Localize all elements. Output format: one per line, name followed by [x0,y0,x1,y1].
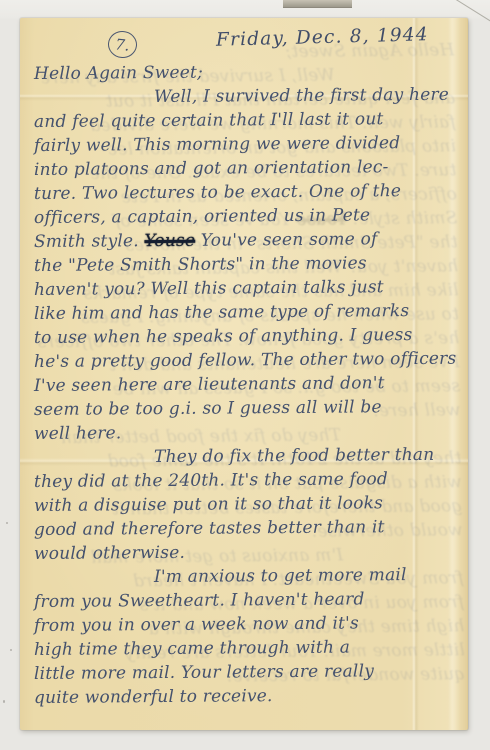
letter-line: well here. [34,419,464,446]
line-text: well here. [34,423,122,444]
line-text: I'm anxious to get more mail [154,565,407,587]
line-text: Smith style. [34,231,145,252]
letter-line: officers, a captain, oriented us in Pete [34,203,464,230]
letter-line: quite wonderful to receive. [34,683,464,710]
line-text: into platoons and got an orientation lec… [34,157,389,180]
letter-line: the "Pete Smith Shorts" in the movies [34,251,464,278]
letter-line: I've seen here are lieutenants and don't [34,371,464,398]
letter-line: they did at the 240th. It's the same foo… [34,467,464,494]
line-text: would otherwise. [34,543,185,564]
letter-line: to use when he speaks of anything. I gue… [34,323,464,350]
line-text: the "Pete Smith Shorts" in the movies [34,253,367,276]
letter-line: and feel quite certain that I'll last it… [34,107,464,134]
scan-stage: Hello Again Sweet;Well, I survived the f… [0,0,490,750]
line-text: You've seen some of [195,229,377,250]
line-text: quite wonderful to receive. [34,686,273,708]
letter-page: Hello Again Sweet;Well, I survived the f… [20,18,468,730]
dust-speck [10,649,12,651]
page-number-circled: 7. [107,30,139,60]
letter-line: into platoons and got an orientation lec… [34,155,464,182]
line-text: and feel quite certain that I'll last it… [34,109,384,132]
line-text: like him and has the same type of remark… [34,301,409,324]
letter-line: would otherwise. [34,539,464,566]
scan-background: { "colors": { "paper": "#ebdaa9", "ink":… [0,0,490,750]
line-text: good and therefore tastes better than it [34,517,385,540]
letter-line: ture. Two lectures to be exact. One of t… [34,179,464,206]
line-text: Hello Again Sweet; [34,63,203,84]
line-text: ture. Two lectures to be exact. One of t… [34,181,401,204]
letter-line: high time they came through with a [34,635,464,662]
letter-body: Hello Again Sweet;Well, I survived the f… [34,62,464,710]
letter-line: Hello Again Sweet; [34,59,464,86]
letter-line: seem to be too g.i. so I guess all will … [34,395,464,422]
line-text: high time they came through with a [34,638,350,660]
line-text: haven't you? Well this captain talks jus… [34,277,384,300]
letter-line: he's a pretty good fellow. The other two… [34,347,464,374]
dust-speck [6,522,8,524]
letter-line: little more mail. Your letters are reall… [34,659,464,686]
letter-line: They do fix the food better than [34,443,464,470]
crossed-out-word: Youse [144,231,195,251]
dust-speck [3,700,5,703]
letter-date: Friday, Dec. 8, 1944 [216,24,429,51]
line-text: They do fix the food better than [154,445,435,467]
line-text: he's a pretty good fellow. The other two… [34,349,457,372]
letter-line: from you Sweetheart. I haven't heard [34,587,464,614]
line-text: they did at the 240th. It's the same foo… [34,469,388,492]
letter-line: Well, I survived the first day here [34,83,464,110]
line-text: officers, a captain, oriented us in Pete [34,205,370,228]
line-text: from you in over a week now and it's [34,613,359,636]
line-text: fairly well. This morning we were divide… [34,133,400,156]
line-text: seem to be too g.i. so I guess all will … [34,397,382,420]
letter-line: with a disguise put on it so that it loo… [34,491,464,518]
line-text: I've seen here are lieutenants and don't [34,373,385,396]
line-text: with a disguise put on it so that it loo… [34,493,383,516]
letter-line: Smith style. Youse You've seen some of [34,227,464,254]
line-text: Well, I survived the first day here [154,85,449,107]
letter-line: haven't you? Well this captain talks jus… [34,275,464,302]
line-text: little more mail. Your letters are reall… [34,661,374,684]
letter-line: from you in over a week now and it's [34,611,464,638]
line-text: from you Sweetheart. I haven't heard [34,589,365,612]
letter-line: like him and has the same type of remark… [34,299,464,326]
letter-line: I'm anxious to get more mail [34,563,464,590]
letter-line: fairly well. This morning we were divide… [34,131,464,158]
line-text: to use when he speaks of anything. I gue… [34,325,413,348]
letter-line: good and therefore tastes better than it [34,515,464,542]
adjacent-scan-edge [283,0,352,8]
